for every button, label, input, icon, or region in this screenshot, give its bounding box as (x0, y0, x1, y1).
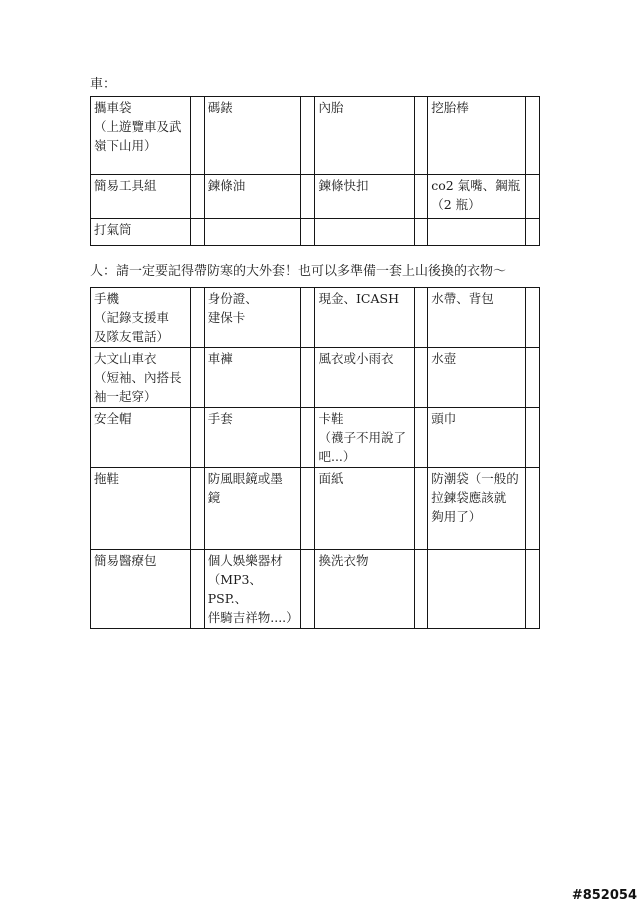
check-cell (415, 175, 428, 219)
person-checklist-table: 手機 （記錄支援車 及隊友電話）身份證、 建保卡現金、ICASH水帶、背包大文山… (90, 287, 540, 629)
table-row: 簡易醫療包個人娛樂器材 （MP3、PSP.、 伴騎吉祥物....）換洗衣物 (91, 550, 540, 629)
check-cell (190, 550, 204, 629)
check-cell (525, 288, 539, 348)
item-cell: 打氣筒 (91, 219, 191, 246)
check-cell (301, 408, 315, 468)
item-cell: 水壺 (428, 348, 526, 408)
item-cell: 個人娛樂器材 （MP3、PSP.、 伴騎吉祥物....） (204, 550, 301, 629)
check-cell (525, 468, 539, 550)
check-cell (525, 550, 539, 629)
check-cell (301, 550, 315, 629)
item-cell: 手套 (204, 408, 301, 468)
table-row: 打氣筒 (91, 219, 540, 246)
bike-section-heading: 車： (90, 76, 542, 93)
check-cell (415, 550, 428, 629)
item-cell: 碼錶 (204, 97, 301, 175)
table-row: 拖鞋防風眼鏡或墨 鏡面紙防潮袋（一般的 拉鍊袋應該就 夠用了） (91, 468, 540, 550)
table-row: 攜車袋 （上遊覽車及武 嶺下山用）碼錶內胎挖胎棒 (91, 97, 540, 175)
check-cell (190, 97, 204, 175)
check-cell (301, 468, 315, 550)
item-cell: 身份證、 建保卡 (204, 288, 301, 348)
table-row: 安全帽手套卡鞋 （襪子不用說了 吧...）頭巾 (91, 408, 540, 468)
check-cell (190, 288, 204, 348)
check-cell (190, 408, 204, 468)
check-cell (415, 348, 428, 408)
item-cell: 手機 （記錄支援車 及隊友電話） (91, 288, 191, 348)
check-cell (190, 219, 204, 246)
item-cell: 拖鞋 (91, 468, 191, 550)
check-cell (415, 97, 428, 175)
item-cell: 安全帽 (91, 408, 191, 468)
item-cell: 風衣或小雨衣 (315, 348, 415, 408)
item-cell (204, 219, 301, 246)
table-row: 手機 （記錄支援車 及隊友電話）身份證、 建保卡現金、ICASH水帶、背包 (91, 288, 540, 348)
check-cell (525, 97, 539, 175)
check-cell (301, 175, 315, 219)
item-cell: 簡易工具組 (91, 175, 191, 219)
item-cell (428, 219, 526, 246)
check-cell (190, 348, 204, 408)
watermark-id: #852054 (572, 888, 637, 903)
item-cell: 挖胎棒 (428, 97, 526, 175)
item-cell: 內胎 (315, 97, 415, 175)
check-cell (525, 219, 539, 246)
item-cell: 防潮袋（一般的 拉鍊袋應該就 夠用了） (428, 468, 526, 550)
item-cell: 卡鞋 （襪子不用說了 吧...） (315, 408, 415, 468)
item-cell: 簡易醫療包 (91, 550, 191, 629)
check-cell (301, 219, 315, 246)
table-row: 簡易工具組鍊條油鍊條快扣co2 氣嘴、鋼瓶 （2 瓶） (91, 175, 540, 219)
item-cell: 面紙 (315, 468, 415, 550)
item-cell: 鍊條快扣 (315, 175, 415, 219)
item-cell: 大文山車衣 （短袖、內搭長 袖一起穿） (91, 348, 191, 408)
person-section-heading: 人：請一定要記得帶防寒的大外套！也可以多準備一套上山後換的衣物～ (90, 263, 560, 280)
table-row: 大文山車衣 （短袖、內搭長 袖一起穿）車褲風衣或小雨衣水壺 (91, 348, 540, 408)
check-cell (190, 175, 204, 219)
item-cell: 防風眼鏡或墨 鏡 (204, 468, 301, 550)
check-cell (525, 408, 539, 468)
item-cell: 頭巾 (428, 408, 526, 468)
item-cell: 攜車袋 （上遊覽車及武 嶺下山用） (91, 97, 191, 175)
item-cell: 鍊條油 (204, 175, 301, 219)
check-cell (415, 468, 428, 550)
item-cell: 水帶、背包 (428, 288, 526, 348)
check-cell (415, 288, 428, 348)
check-cell (415, 219, 428, 246)
item-cell (315, 219, 415, 246)
item-cell (428, 550, 526, 629)
check-cell (525, 348, 539, 408)
bike-checklist-table: 攜車袋 （上遊覽車及武 嶺下山用）碼錶內胎挖胎棒簡易工具組鍊條油鍊條快扣co2 … (90, 96, 540, 246)
item-cell: 車褲 (204, 348, 301, 408)
item-cell: co2 氣嘴、鋼瓶 （2 瓶） (428, 175, 526, 219)
check-cell (301, 97, 315, 175)
check-cell (301, 288, 315, 348)
check-cell (190, 468, 204, 550)
item-cell: 換洗衣物 (315, 550, 415, 629)
check-cell (301, 348, 315, 408)
check-cell (525, 175, 539, 219)
item-cell: 現金、ICASH (315, 288, 415, 348)
check-cell (415, 408, 428, 468)
